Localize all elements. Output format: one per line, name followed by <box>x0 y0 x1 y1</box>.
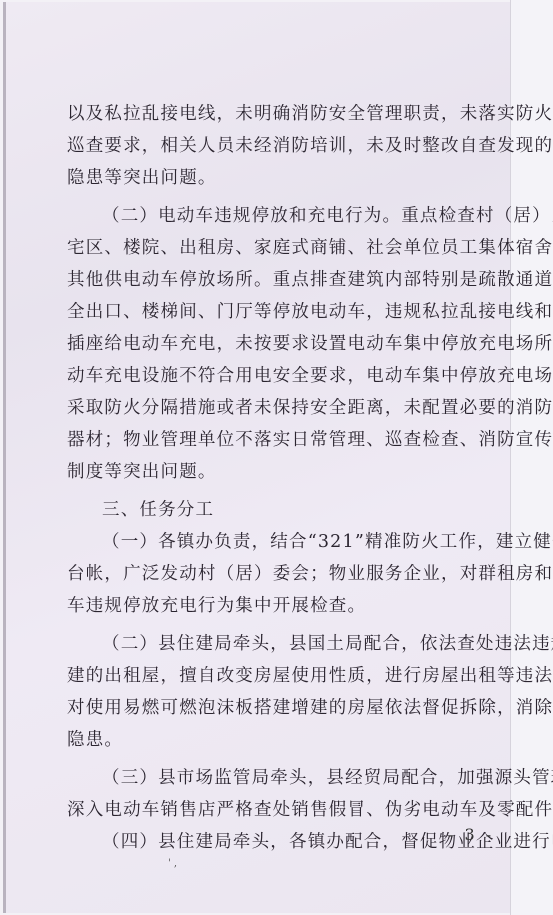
paragraph-line: 全出口、楼梯间、门厅等停放电动车，违规私拉乱接电线和乱装 <box>67 296 507 328</box>
paragraph-line: 深入电动车销售店严格查处销售假冒、伪劣电动车及零配件行为。 <box>67 794 507 826</box>
page-number: - 3 - <box>448 825 494 844</box>
task-item-3: （三）县市场监管局牵头，县经贸局配合，加强源头管理， <box>67 762 507 794</box>
task-item-4: （四）县住建局牵头，各镇办配合，督促物业企业进行电动 <box>67 826 507 858</box>
document-body: 以及私拉乱接电线，未明确消防安全管理职责，未落实防火检查 巡查要求，相关人员未经… <box>67 98 507 858</box>
scan-speck: ' , <box>168 858 177 869</box>
paragraph-line: 制度等突出问题。 <box>67 456 507 488</box>
paragraph-line: 以及私拉乱接电线，未明确消防安全管理职责，未落实防火检查 <box>67 98 507 130</box>
section-heading-2: （二）电动车违规停放和充电行为。重点检查村（居）民住 <box>67 200 507 232</box>
paragraph-line: 插座给电动车充电，未按要求设置电动车集中停放充电场所，电 <box>67 328 507 360</box>
paragraph-line: 台帐，广泛发动村（居）委会；物业服务企业，对群租房和电动 <box>67 558 507 590</box>
paragraph-line: 建的出租屋，擅自改变房屋使用性质，进行房屋出租等违法行为。 <box>67 660 507 692</box>
paragraph-line: 宅区、楼院、出租房、家庭式商铺、社会单位员工集体宿舍以及 <box>67 232 507 264</box>
section-title-task-division: 三、任务分工 <box>67 494 507 526</box>
paragraph-line: 隐患等突出问题。 <box>67 162 507 194</box>
paragraph-line: 其他供电动车停放场所。重点排查建筑内部特别是疏散通道、安 <box>67 264 507 296</box>
task-item-1: （一）各镇办负责，结合“321”精准防火工作，建立健全 <box>67 526 507 558</box>
paragraph-line: 采取防火分隔措施或者未保持安全距离，未配置必要的消防设施 <box>67 392 507 424</box>
paragraph-line: 隐患。 <box>67 724 507 756</box>
paragraph-line: 动车充电设施不符合用电安全要求，电动车集中停放充电场所未 <box>67 360 507 392</box>
task-item-2: （二）县住建局牵头，县国土局配合，依法查处违法违规搭 <box>67 628 507 660</box>
paragraph-line: 对使用易燃可燃泡沫板搭建增建的房屋依法督促拆除，消除火灾 <box>67 692 507 724</box>
paragraph-line: 巡查要求，相关人员未经消防培训，未及时整改自查发现的火灾 <box>67 130 507 162</box>
paragraph-line: 器材；物业管理单位不落实日常管理、巡查检查、消防宣传培训 <box>67 424 507 456</box>
paragraph-line: 车违规停放充电行为集中开展检查。 <box>67 590 507 622</box>
